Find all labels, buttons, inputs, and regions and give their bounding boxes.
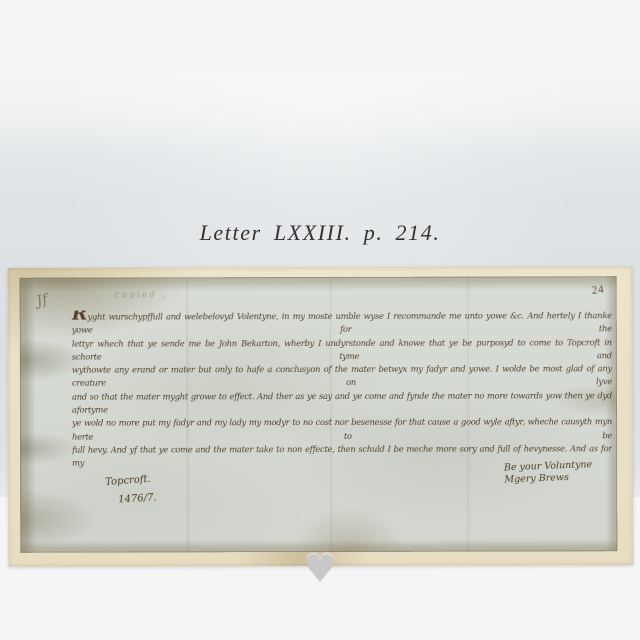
faint-copied-note: copied , <box>115 290 167 300</box>
album-mount: 73 Jf copied , 24 Ryght wurschypffull an… <box>8 266 634 567</box>
manuscript-photo: Letter LXXIII. p. 214. 73 Jf copied , 24… <box>0 74 640 497</box>
place-annotation: Topcroft. <box>105 474 151 488</box>
pencil-annotation: 73 <box>28 279 41 291</box>
manuscript-line: wythowte any erand or mater but only to … <box>72 362 612 390</box>
letter-paper: 73 Jf copied , 24 Ryght wurschypffull an… <box>20 276 618 553</box>
like-heart-button[interactable]: ♥ <box>292 543 348 593</box>
manuscript-body-text: Ryght wurschypffull and welebelovyd Vole… <box>72 309 612 472</box>
date-annotation: 1476/7. <box>118 492 157 505</box>
manuscript-line: lettyr whech that ye sende me be John Be… <box>72 336 612 364</box>
manuscript-line: and so that the mater myght growe to eff… <box>72 389 612 417</box>
page: { "page": { "background": "#f5f5f6" }, "… <box>0 0 640 640</box>
collector-monogram: Jf <box>35 292 49 310</box>
letter-caption: Letter LXXIII. p. 214. <box>0 220 640 246</box>
manuscript-line: Ryght wurschypffull and welebelovyd Vole… <box>72 309 612 337</box>
heart-icon: ♥ <box>303 550 336 587</box>
signature-block: Be your Voluntyne Mgery Brews <box>504 458 615 485</box>
folio-number: 24 <box>591 284 605 297</box>
manuscript-line: ye wold no more put my fadyr and my lady… <box>72 416 612 444</box>
